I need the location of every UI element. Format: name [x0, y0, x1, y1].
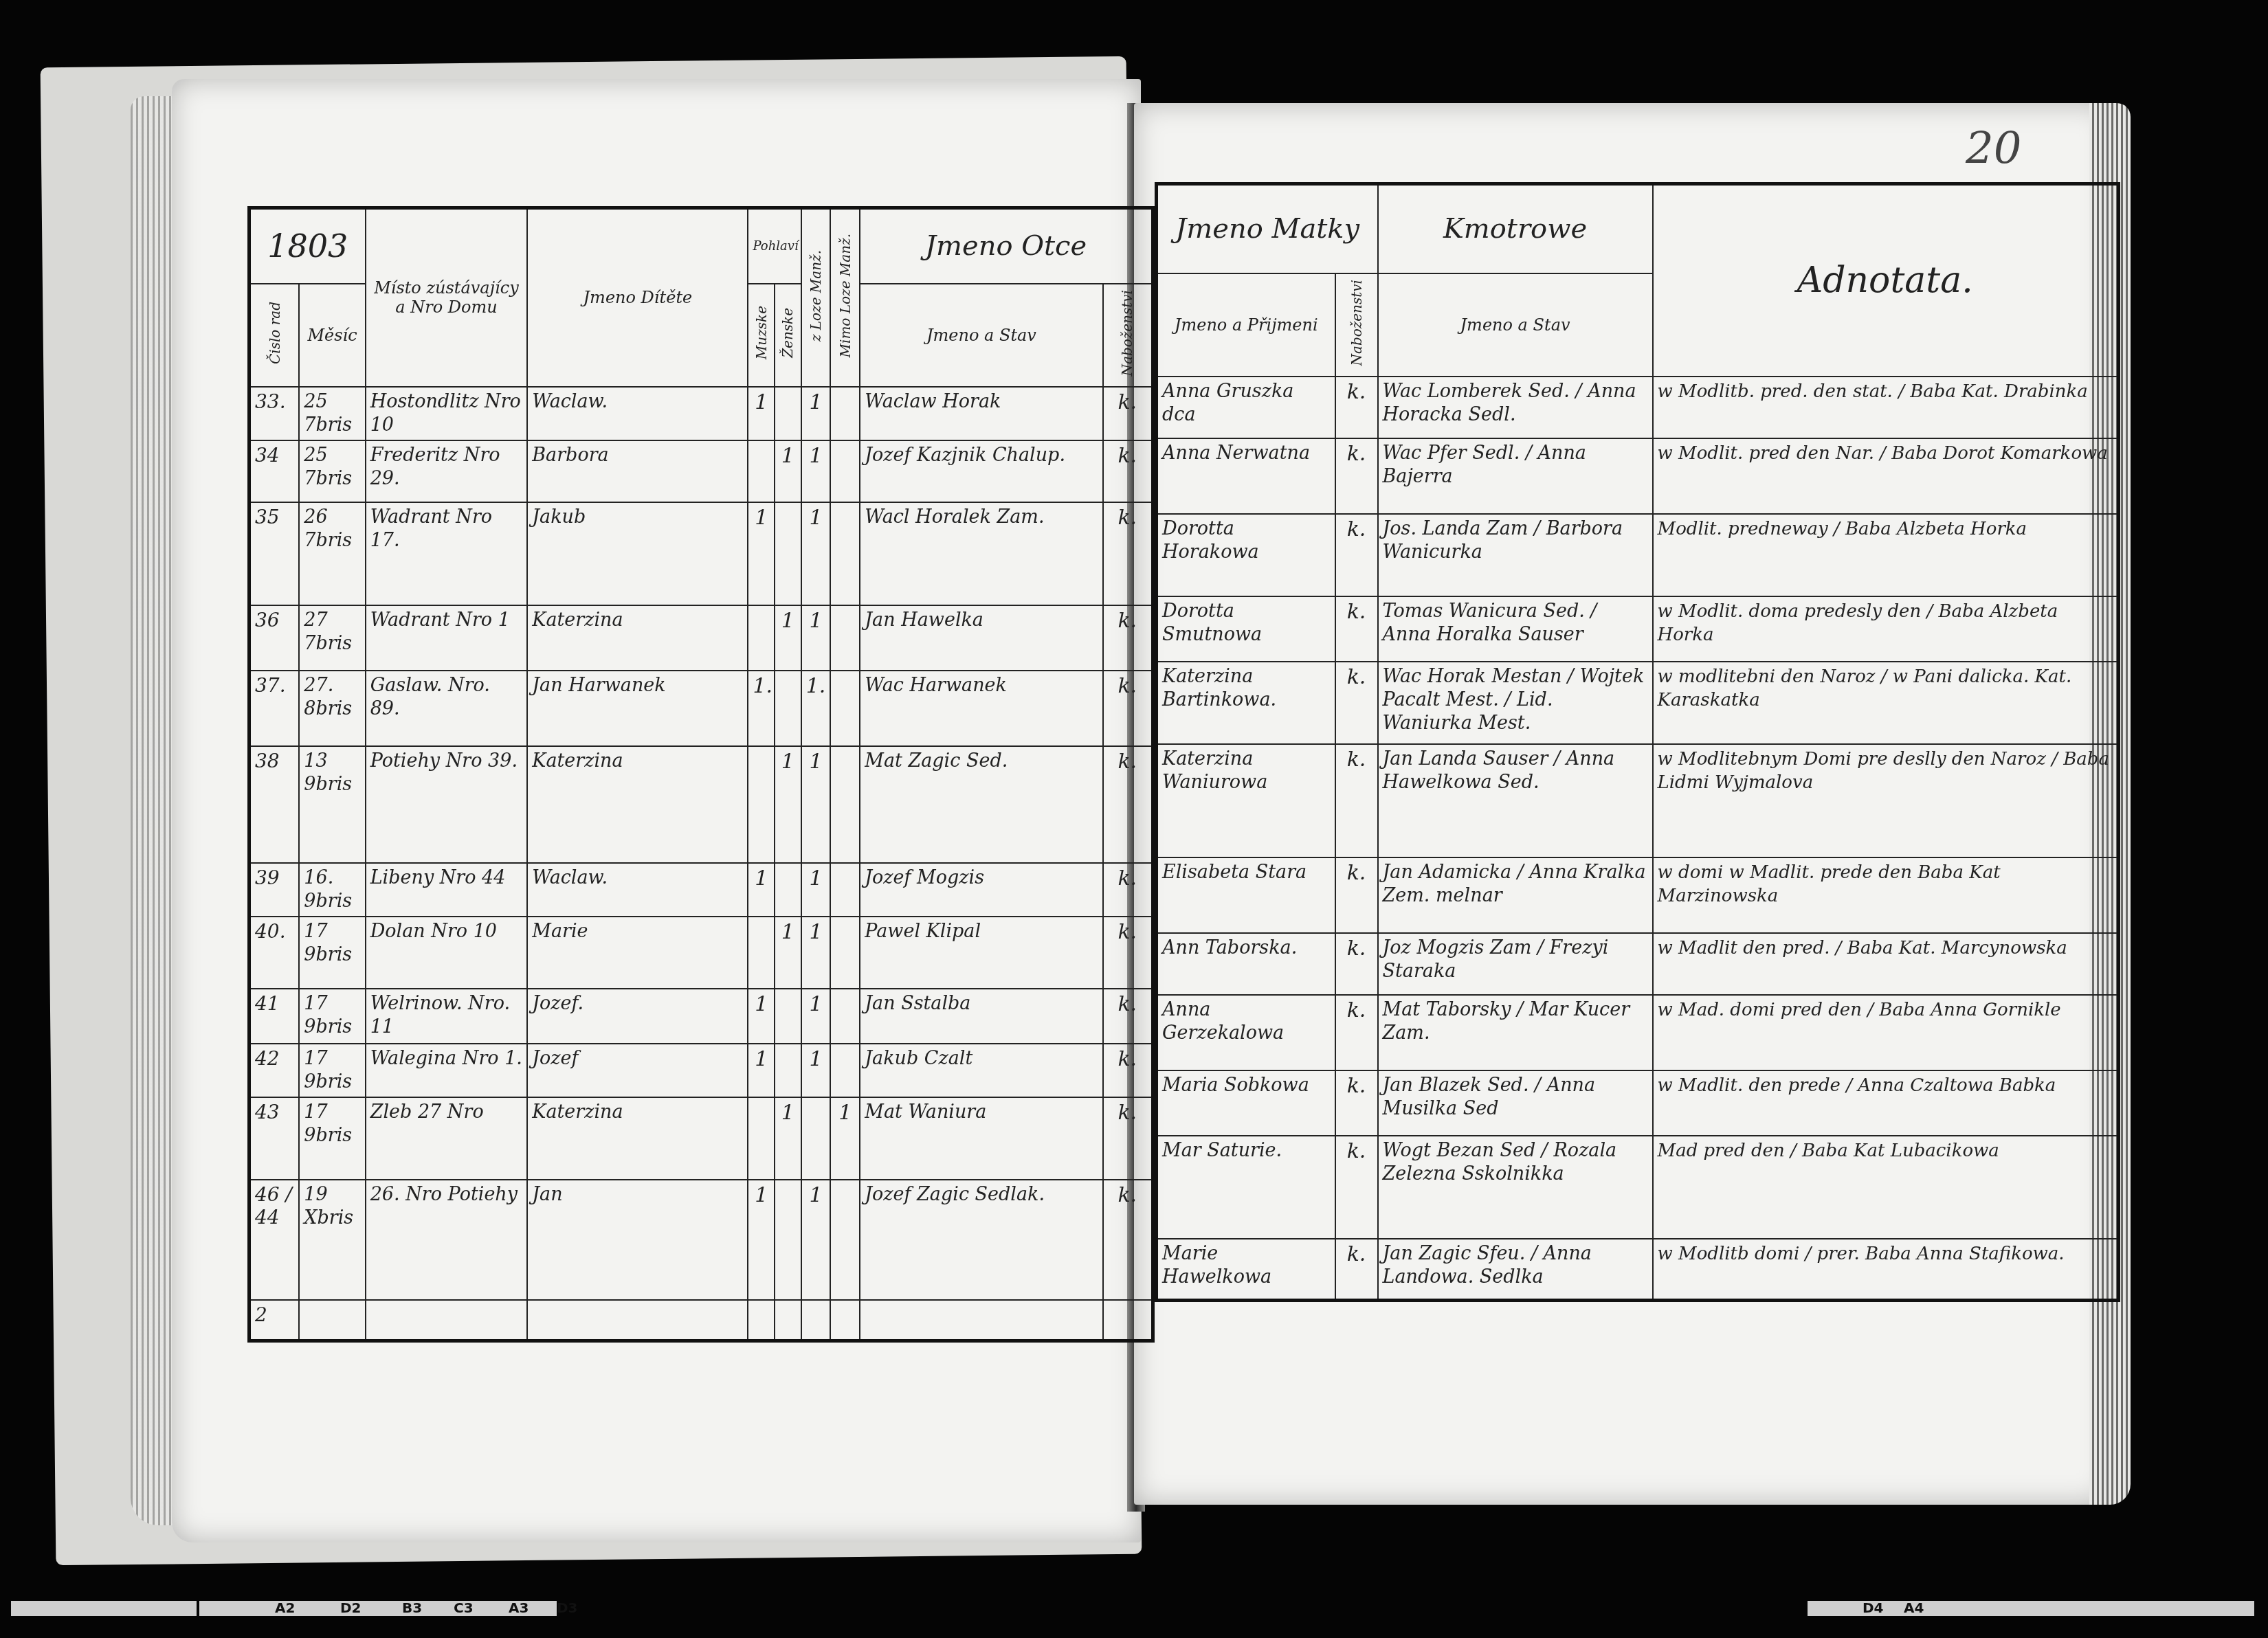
annotation-text: w Modlitb domi / prer. Baba Anna Stafiko… — [1653, 1239, 2119, 1301]
entry-date: 26 7bris — [299, 502, 365, 605]
mother-name: Katerzina Waniurowa — [1157, 744, 1335, 857]
annotation-text: w Modlit. doma predesly den / Baba Alzbe… — [1653, 596, 2119, 662]
female-tick: 1 — [775, 440, 801, 502]
register-row: 37.27. 8brisGaslaw. Nro. 89.Jan Harwanek… — [249, 671, 1153, 746]
father-name: Jakub Czalt — [860, 1044, 1102, 1097]
register-row: Maria Sobkowak.Jan Blazek Sed. / Anna Mu… — [1157, 1070, 2119, 1136]
illegitimate-tick — [830, 1180, 860, 1300]
register-row: Marie Hawelkowak.Jan Zagic Sfeu. / Anna … — [1157, 1239, 2119, 1301]
legitimate-tick: 1 — [801, 917, 831, 989]
annotation-text: w Mad. domi pred den / Baba Anna Gornikl… — [1653, 995, 2119, 1070]
legitimate-tick: 1 — [801, 605, 831, 671]
child-name: Waclaw. — [527, 387, 748, 440]
father-religion: k. — [1103, 746, 1153, 863]
mother-name: Elisabeta Stara — [1157, 857, 1335, 933]
register-row: 3526 7brisWadrant Nro 17.Jakub11Wacl Hor… — [249, 502, 1153, 605]
mother-header: Jmeno Matky — [1157, 184, 1378, 273]
mother-religion-header: Naboženstvi — [1335, 273, 1378, 377]
illegitimate-tick — [830, 440, 860, 502]
illegitimate-tick — [830, 1300, 860, 1341]
sex-header: Pohlaví — [748, 208, 801, 284]
illegitimate-tick — [830, 671, 860, 746]
male-tick: 1 — [748, 387, 775, 440]
legitimate-tick — [801, 1097, 831, 1180]
entry-place — [366, 1300, 528, 1341]
register-row: Ann Taborska.k.Joz Mogzis Zam / Frezyi S… — [1157, 933, 2119, 995]
entry-place: Gaslaw. Nro. 89. — [366, 671, 528, 746]
male-tick: 1 — [748, 502, 775, 605]
entry-place: Zleb 27 Nro — [366, 1097, 528, 1180]
annotation-text: w Madlit. den prede / Anna Czaltowa Babk… — [1653, 1070, 2119, 1136]
film-ruler-label: C3 — [454, 1600, 474, 1616]
right-ledger-table: Jmeno Matky Kmotrowe Adnotata. Jmeno a P… — [1155, 182, 2120, 1302]
entry-date: 27. 8bris — [299, 671, 365, 746]
mother-religion: k. — [1335, 438, 1378, 514]
godparents-names: Jan Adamicka / Anna Kralka Zem. melnar — [1378, 857, 1653, 933]
entry-place: Potiehy Nro 39. — [366, 746, 528, 863]
child-name: Jozef. — [527, 989, 748, 1044]
register-row: 3627 7brisWadrant Nro 1Katerzina11Jan Ha… — [249, 605, 1153, 671]
godparents-names: Wogt Bezan Sed / Rozala Zelezna Sskolnik… — [1378, 1136, 1653, 1239]
film-ruler-label: A2 — [275, 1600, 295, 1616]
father-name: Waclaw Horak — [860, 387, 1102, 440]
female-tick: 1 — [775, 746, 801, 863]
female-tick: 1 — [775, 917, 801, 989]
mother-religion: k. — [1335, 1239, 1378, 1301]
register-row: Elisabeta Starak.Jan Adamicka / Anna Kra… — [1157, 857, 2119, 933]
entry-place: Walegina Nro 1. — [366, 1044, 528, 1097]
father-name: Mat Waniura — [860, 1097, 1102, 1180]
entry-number: 41 — [249, 989, 300, 1044]
register-row: 46 / 4419 Xbris26. Nro PotiehyJan11Jozef… — [249, 1180, 1153, 1300]
entry-date — [299, 1300, 365, 1341]
register-row: Dorotta Horakowak.Jos. Landa Zam / Barbo… — [1157, 514, 2119, 596]
father-religion: k. — [1103, 387, 1153, 440]
register-row: Anna Gerzekalowak.Mat Taborsky / Mar Kuc… — [1157, 995, 2119, 1070]
film-ruler-label: B3 — [402, 1600, 422, 1616]
child-name: Katerzina — [527, 605, 748, 671]
child-name — [527, 1300, 748, 1341]
entry-place: 26. Nro Potiehy — [366, 1180, 528, 1300]
entry-date: 25 7bris — [299, 387, 365, 440]
legitimate-tick: 1 — [801, 440, 831, 502]
godparents-name-header: Jmeno a Stav — [1378, 273, 1653, 377]
mother-religion: k. — [1335, 377, 1378, 438]
page-number: 20 — [1966, 124, 2021, 175]
film-ruler-label: D2 — [340, 1600, 362, 1616]
annotation-text: Modlit. predneway / Baba Alzbeta Horka — [1653, 514, 2119, 596]
mother-religion: k. — [1335, 744, 1378, 857]
annotation-text: w Modlitebnym Domi pre deslly den Naroz … — [1653, 744, 2119, 857]
mother-religion: k. — [1335, 514, 1378, 596]
mother-religion: k. — [1335, 1070, 1378, 1136]
legitimate-tick: 1 — [801, 502, 831, 605]
child-name: Jakub — [527, 502, 748, 605]
entry-number: 42 — [249, 1044, 300, 1097]
father-religion: k. — [1103, 917, 1153, 989]
father-name: Mat Zagic Sed. — [860, 746, 1102, 863]
illegitimate-tick — [830, 746, 860, 863]
mother-name-header: Jmeno a Přijmeni — [1157, 273, 1335, 377]
entry-number: 46 / 44 — [249, 1180, 300, 1300]
father-religion: k. — [1103, 671, 1153, 746]
legitimate-tick: 1 — [801, 989, 831, 1044]
male-tick — [748, 440, 775, 502]
mother-name: Marie Hawelkowa — [1157, 1239, 1335, 1301]
register-row: 33.25 7brisHostondlitz Nro 10Waclaw.11Wa… — [249, 387, 1153, 440]
register-row: 3425 7brisFrederitz Nro 29.Barbora11Joze… — [249, 440, 1153, 502]
annotation-text: w domi w Madlit. prede den Baba Kat Marz… — [1653, 857, 2119, 933]
entry-place: Wadrant Nro 17. — [366, 502, 528, 605]
entry-date: 19 Xbris — [299, 1180, 365, 1300]
year-header: 1803 — [249, 208, 366, 284]
illegit-header: Mimo Loze Manž. — [830, 208, 860, 387]
godparents-names: Wac Horak Mestan / Wojtek Pacalt Mest. /… — [1378, 662, 1653, 744]
father-name: Jozef Kazjnik Chalup. — [860, 440, 1102, 502]
child-name: Katerzina — [527, 1097, 748, 1180]
child-name: Jan Harwanek — [527, 671, 748, 746]
entry-place: Libeny Nro 44 — [366, 863, 528, 917]
father-religion: k. — [1103, 440, 1153, 502]
annotation-text: w modlitebni den Naroz / w Pani dalicka.… — [1653, 662, 2119, 744]
illegitimate-tick — [830, 863, 860, 917]
mother-name: Anna Nerwatna — [1157, 438, 1335, 514]
entry-date: 17 9bris — [299, 917, 365, 989]
legitimate-tick: 1 — [801, 1180, 831, 1300]
legit-header: z Loze Manž. — [801, 208, 831, 387]
entry-number: 43 — [249, 1097, 300, 1180]
father-name: Jan Sstalba — [860, 989, 1102, 1044]
register-row: Katerzina Bartinkowa.k.Wac Horak Mestan … — [1157, 662, 2119, 744]
father-religion: k. — [1103, 605, 1153, 671]
female-tick — [775, 671, 801, 746]
entry-place: Wadrant Nro 1 — [366, 605, 528, 671]
legitimate-tick — [801, 1300, 831, 1341]
male-header: Muzske — [748, 284, 775, 387]
entry-number: 40. — [249, 917, 300, 989]
legitimate-tick: 1 — [801, 746, 831, 863]
child-name: Jozef — [527, 1044, 748, 1097]
mother-name: Maria Sobkowa — [1157, 1070, 1335, 1136]
register-row: 4117 9brisWelrinow. Nro. 11Jozef.11Jan S… — [249, 989, 1153, 1044]
entry-place: Dolan Nro 10 — [366, 917, 528, 989]
father-name: Wacl Horalek Zam. — [860, 502, 1102, 605]
legitimate-tick: 1 — [801, 1044, 831, 1097]
legitimate-tick: 1 — [801, 387, 831, 440]
male-tick — [748, 746, 775, 863]
entry-date: 27 7bris — [299, 605, 365, 671]
entry-number: 34 — [249, 440, 300, 502]
illegitimate-tick — [830, 502, 860, 605]
father-name — [860, 1300, 1102, 1341]
film-ruler-label: A3 — [509, 1600, 529, 1616]
male-tick — [748, 605, 775, 671]
film-ruler-label: D4 — [1863, 1600, 1884, 1616]
register-row: Anna Nerwatnak.Wac Pfer Sedl. / Anna Baj… — [1157, 438, 2119, 514]
illegitimate-tick: 1 — [830, 1097, 860, 1180]
annotation-text: Mad pred den / Baba Kat Lubacikowa — [1653, 1136, 2119, 1239]
entry-date: 17 9bris — [299, 989, 365, 1044]
illegitimate-tick — [830, 1044, 860, 1097]
child-name: Marie — [527, 917, 748, 989]
male-tick: 1 — [748, 989, 775, 1044]
male-tick — [748, 1300, 775, 1341]
father-religion: k. — [1103, 1097, 1153, 1180]
male-tick: 1 — [748, 1044, 775, 1097]
godparents-names: Jan Landa Sauser / Anna Hawelkowa Sed. — [1378, 744, 1653, 857]
register-row: 4217 9brisWalegina Nro 1.Jozef11Jakub Cz… — [249, 1044, 1153, 1097]
register-row: Anna Gruszka dcak.Wac Lomberek Sed. / An… — [1157, 377, 2119, 438]
register-row: 2 — [249, 1300, 1153, 1341]
father-religion — [1103, 1300, 1153, 1341]
register-row: Dorotta Smutnowak.Tomas Wanicura Sed. / … — [1157, 596, 2119, 662]
place-header: Místo zústávajícy a Nro Domu — [366, 208, 528, 387]
child-name-header: Jmeno Dítěte — [527, 208, 748, 387]
godparents-names: Wac Pfer Sedl. / Anna Bajerra — [1378, 438, 1653, 514]
register-row: Katerzina Waniurowak.Jan Landa Sauser / … — [1157, 744, 2119, 857]
register-row: 3916. 9brisLibeny Nro 44Waclaw.11Jozef M… — [249, 863, 1153, 917]
godparents-header: Kmotrowe — [1378, 184, 1653, 273]
female-tick — [775, 863, 801, 917]
female-tick — [775, 1044, 801, 1097]
entry-number: 37. — [249, 671, 300, 746]
father-name: Wac Harwanek — [860, 671, 1102, 746]
mother-name: Anna Gerzekalowa — [1157, 995, 1335, 1070]
mother-religion: k. — [1335, 933, 1378, 995]
illegitimate-tick — [830, 387, 860, 440]
male-tick: 1 — [748, 1180, 775, 1300]
film-ruler-left — [11, 1601, 197, 1616]
film-ruler-label: A4 — [1904, 1600, 1924, 1616]
father-name: Pawel Klipal — [860, 917, 1102, 989]
entry-number: 38 — [249, 746, 300, 863]
father-name: Jozef Zagic Sedlak. — [860, 1180, 1102, 1300]
mother-name: Ann Taborska. — [1157, 933, 1335, 995]
godparents-names: Mat Taborsky / Mar Kucer Zam. — [1378, 995, 1653, 1070]
entry-place: Welrinow. Nro. 11 — [366, 989, 528, 1044]
illegitimate-tick — [830, 605, 860, 671]
child-name: Jan — [527, 1180, 748, 1300]
mother-religion: k. — [1335, 857, 1378, 933]
child-name: Waclaw. — [527, 863, 748, 917]
entry-number: 35 — [249, 502, 300, 605]
legitimate-tick: 1 — [801, 863, 831, 917]
mother-religion: k. — [1335, 995, 1378, 1070]
mother-religion: k. — [1335, 596, 1378, 662]
mother-name: Anna Gruszka dca — [1157, 377, 1335, 438]
register-row: 40.17 9brisDolan Nro 10Marie11Pawel Klip… — [249, 917, 1153, 989]
entry-number: 33. — [249, 387, 300, 440]
female-tick — [775, 502, 801, 605]
mother-name: Dorotta Horakowa — [1157, 514, 1335, 596]
annotation-text: w Madlit den pred. / Baba Kat. Marcynows… — [1653, 933, 2119, 995]
month-header: Měsíc — [299, 284, 365, 387]
father-religion: k. — [1103, 989, 1153, 1044]
godparents-names: Jos. Landa Zam / Barbora Wanicurka — [1378, 514, 1653, 596]
register-row: 4317 9brisZleb 27 NroKaterzina11Mat Wani… — [249, 1097, 1153, 1180]
female-tick — [775, 989, 801, 1044]
female-tick — [775, 1180, 801, 1300]
female-tick — [775, 1300, 801, 1341]
entry-number: 2 — [249, 1300, 300, 1341]
female-tick — [775, 387, 801, 440]
father-name: Jan Hawelka — [860, 605, 1102, 671]
entry-place: Hostondlitz Nro 10 — [366, 387, 528, 440]
register-row: Mar Saturie.k.Wogt Bezan Sed / Rozala Ze… — [1157, 1136, 2119, 1239]
father-religion: k. — [1103, 863, 1153, 917]
left-ledger-table: 1803 Místo zústávajícy a Nro Domu Jmeno … — [247, 206, 1155, 1343]
child-name: Barbora — [527, 440, 748, 502]
father-name-header: Jmeno a Stav — [860, 284, 1102, 387]
mother-religion: k. — [1335, 1136, 1378, 1239]
father-header: Jmeno Otce — [860, 208, 1153, 284]
annotation-text: w Modlitb. pred. den stat. / Baba Kat. D… — [1653, 377, 2119, 438]
female-header: Ženske — [775, 284, 801, 387]
entry-date: 13 9bris — [299, 746, 365, 863]
illegitimate-tick — [830, 989, 860, 1044]
mother-name: Katerzina Bartinkowa. — [1157, 662, 1335, 744]
film-ruler-label: D3 — [557, 1600, 578, 1616]
male-tick — [748, 1097, 775, 1180]
godparents-names: Jan Blazek Sed. / Anna Musilka Sed — [1378, 1070, 1653, 1136]
entry-date: 17 9bris — [299, 1097, 365, 1180]
godparents-names: Joz Mogzis Zam / Frezyi Staraka — [1378, 933, 1653, 995]
male-tick: 1 — [748, 863, 775, 917]
mother-name: Dorotta Smutnowa — [1157, 596, 1335, 662]
entry-place: Frederitz Nro 29. — [366, 440, 528, 502]
film-ruler-left-labeled — [199, 1601, 557, 1616]
annotation-header: Adnotata. — [1653, 184, 2119, 377]
female-tick: 1 — [775, 1097, 801, 1180]
father-religion: k. — [1103, 1180, 1153, 1300]
entry-number: 36 — [249, 605, 300, 671]
number-header: Čislo rad — [249, 284, 300, 387]
godparents-names: Tomas Wanicura Sed. / Anna Horalka Sause… — [1378, 596, 1653, 662]
entry-date: 17 9bris — [299, 1044, 365, 1097]
child-name: Katerzina — [527, 746, 748, 863]
father-name: Jozef Mogzis — [860, 863, 1102, 917]
legitimate-tick: 1. — [801, 671, 831, 746]
register-row: 3813 9brisPotiehy Nro 39.Katerzina11Mat … — [249, 746, 1153, 863]
annotation-text: w Modlit. pred den Nar. / Baba Dorot Kom… — [1653, 438, 2119, 514]
illegitimate-tick — [830, 917, 860, 989]
mother-religion: k. — [1335, 662, 1378, 744]
godparents-names: Wac Lomberek Sed. / Anna Horacka Sedl. — [1378, 377, 1653, 438]
male-tick — [748, 917, 775, 989]
father-religion: k. — [1103, 502, 1153, 605]
father-religion: k. — [1103, 1044, 1153, 1097]
father-religion-header: Naboženstvi — [1103, 284, 1153, 387]
entry-number: 39 — [249, 863, 300, 917]
entry-date: 16. 9bris — [299, 863, 365, 917]
entry-date: 25 7bris — [299, 440, 365, 502]
mother-name: Mar Saturie. — [1157, 1136, 1335, 1239]
godparents-names: Jan Zagic Sfeu. / Anna Landowa. Sedlka — [1378, 1239, 1653, 1301]
male-tick: 1. — [748, 671, 775, 746]
female-tick: 1 — [775, 605, 801, 671]
